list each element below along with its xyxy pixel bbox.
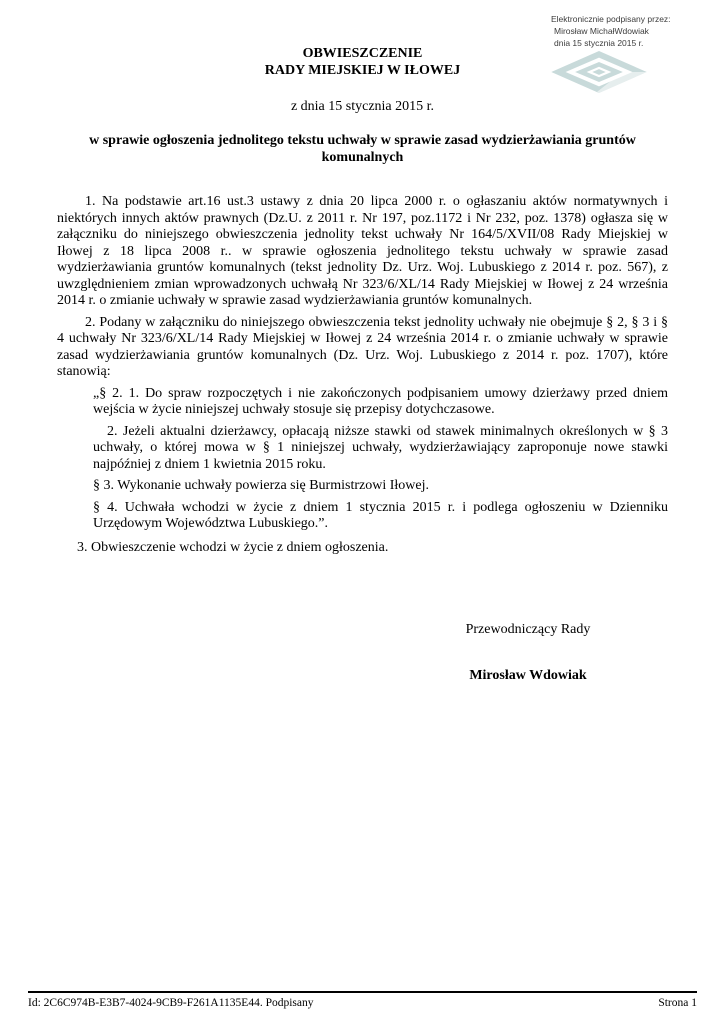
signature-block: Przewodniczący Rady Mirosław Wdowiak xyxy=(400,621,656,684)
document-page: Elektronicznie podpisany przez: Mirosław… xyxy=(0,0,725,1024)
quoted-paragraph-2-2: 2. Jeżeli aktualni dzierżawcy, opłacają … xyxy=(93,424,668,474)
esignature-line1: Elektronicznie podpisany przez: xyxy=(551,13,671,25)
paragraph-3: 3. Obwieszczenie wchodzi w życie z dniem… xyxy=(77,540,668,557)
document-subject: w sprawie ogłoszenia jednolitego tekstu … xyxy=(57,132,668,166)
page-footer: Id: 2C6C974B-E3B7-4024-9CB9-F261A1135E44… xyxy=(28,991,697,1010)
quoted-paragraph-4: § 4. Uchwała wchodzi w życie z dniem 1 s… xyxy=(93,500,668,533)
document-date: z dnia 15 stycznia 2015 r. xyxy=(57,98,668,115)
signer-name: Mirosław Wdowiak xyxy=(400,667,656,684)
quoted-paragraph-3: § 3. Wykonanie uchwały powierza się Burm… xyxy=(93,478,668,495)
footer-document-id: Id: 2C6C974B-E3B7-4024-9CB9-F261A1135E44… xyxy=(28,996,313,1010)
paragraph-2: 2. Podany w załączniku do niniejszego ob… xyxy=(57,315,668,381)
signer-role: Przewodniczący Rady xyxy=(400,621,656,638)
quoted-paragraph-2-1: „§ 2. 1. Do spraw rozpoczętych i nie zak… xyxy=(93,386,668,419)
document-body: OBWIESZCZENIE RADY MIEJSKIEJ W IŁOWEJ z … xyxy=(57,46,668,556)
paragraph-1: 1. Na podstawie art.16 ust.3 ustawy z dn… xyxy=(57,194,668,310)
document-title-line1: OBWIESZCZENIE xyxy=(57,46,668,63)
esignature-signer: Mirosław MichałWdowiak xyxy=(551,25,671,37)
document-title-line2: RADY MIEJSKIEJ W IŁOWEJ xyxy=(57,63,668,80)
footer-page-number: Strona 1 xyxy=(658,996,697,1010)
esignature-annotation: Elektronicznie podpisany przez: Mirosław… xyxy=(551,13,671,49)
